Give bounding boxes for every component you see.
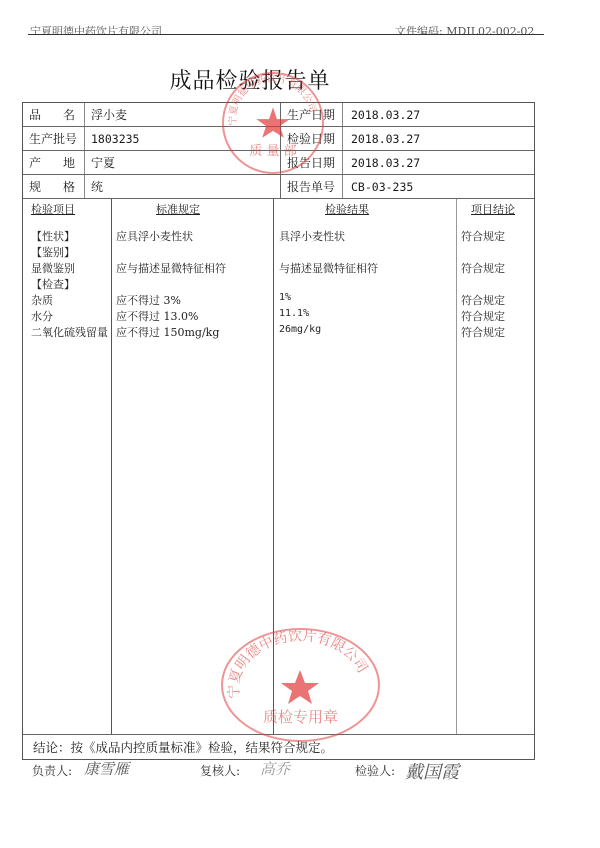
result-standard: 应具浮小麦性状 (116, 228, 193, 244)
result-standard: 应与描述显微特征相符 (116, 260, 226, 276)
info-label: 产地 (23, 151, 85, 174)
inspector-signature: 检验人: 戴国霞 (355, 762, 395, 779)
result-result: 具浮小麦性状 (279, 228, 345, 244)
result-result: 11.1% (279, 308, 309, 319)
result-conclusion: 符合规定 (461, 228, 505, 244)
info-row: 规格统报告单号CB-03-235 (23, 175, 534, 199)
info-label: 规格 (23, 175, 85, 198)
result-item: 【检查】 (31, 276, 75, 292)
result-standard: 应不得过 150mg/kg (116, 324, 219, 340)
reviewer-signature: 复核人: 高乔 (200, 762, 240, 779)
quality-dept-stamp: 宁夏明德中药饮片有限公司 质 量 部 (222, 72, 324, 174)
result-conclusion: 符合规定 (461, 260, 505, 276)
qc-seal-stamp: 宁夏明德中药饮片有限公司 质检专用章 (221, 628, 380, 742)
inspector-label: 检验人: (355, 762, 395, 779)
responsible-signature: 负责人: 康雪雁 (32, 762, 72, 779)
result-item: 显微鉴别 (31, 260, 75, 276)
result-item: 二氧化硫残留量 (31, 324, 108, 340)
responsible-name: 康雪雁 (84, 758, 129, 779)
responsible-label: 负责人: (32, 762, 72, 779)
info-label-2: 报告单号 (281, 175, 343, 198)
info-value-2: 2018.03.27 (343, 127, 533, 150)
reviewer-label: 复核人: (200, 762, 240, 779)
info-label: 生产批号 (23, 127, 85, 150)
header-conclusion: 项目结论 (471, 201, 515, 217)
info-value-2: 2018.03.27 (343, 103, 533, 126)
result-conclusion: 符合规定 (461, 292, 505, 308)
result-standard: 应不得过 13.0% (116, 308, 198, 324)
info-value: 统 (85, 175, 281, 198)
result-standard: 应不得过 3% (116, 292, 181, 308)
result-item: 水分 (31, 308, 53, 324)
stamp-bottom-text: 质 量 部 (224, 140, 322, 159)
result-item: 【性状】 (31, 228, 75, 244)
header-result: 检验结果 (325, 201, 369, 217)
info-value-2: CB-03-235 (343, 175, 533, 198)
stamp-bottom-text: 质检专用章 (223, 706, 378, 727)
column-divider (111, 199, 112, 734)
column-divider (456, 199, 457, 734)
reviewer-name: 高乔 (260, 758, 290, 779)
result-result: 与描述显微特征相符 (279, 260, 378, 276)
header-divider (28, 34, 544, 35)
result-result: 26mg/kg (279, 324, 321, 335)
document-code: 文件编码: MDJL02-002-02 (395, 22, 534, 34)
header-standard: 标准规定 (156, 201, 200, 217)
inspector-name: 戴国霞 (405, 758, 459, 784)
result-item: 【鉴别】 (31, 244, 75, 260)
company-header: 宁夏明德中药饮片有限公司 (30, 22, 162, 34)
result-item: 杂质 (31, 292, 53, 308)
info-value-2: 2018.03.27 (343, 151, 533, 174)
header-item: 检验项目 (31, 201, 75, 217)
result-conclusion: 符合规定 (461, 308, 505, 324)
result-conclusion: 符合规定 (461, 324, 505, 340)
info-label: 品名 (23, 103, 85, 126)
result-result: 1% (279, 292, 291, 303)
